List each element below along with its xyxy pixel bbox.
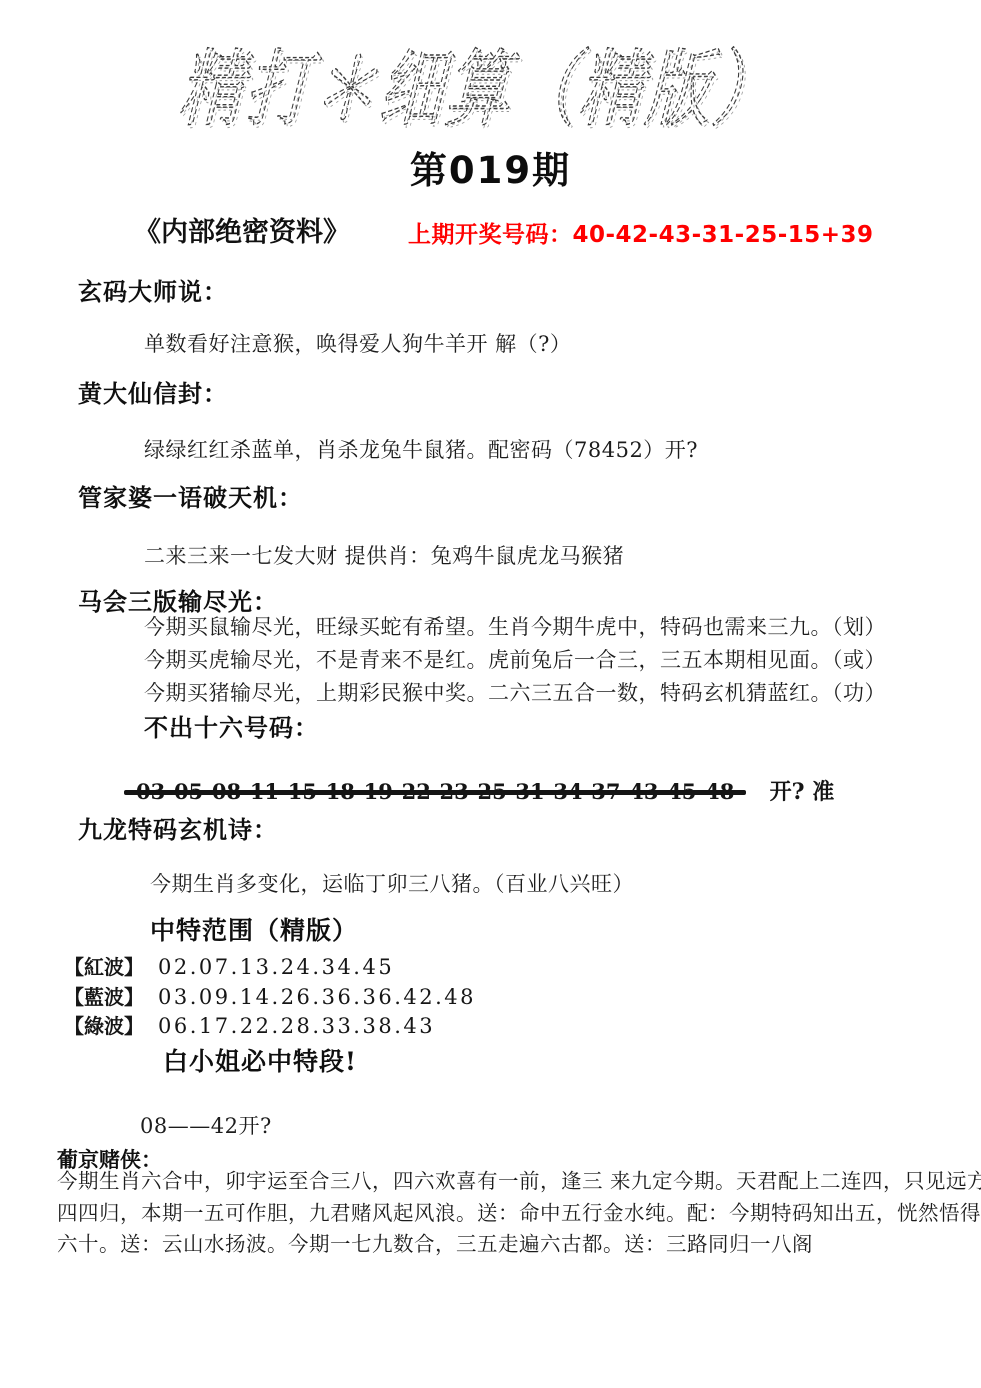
mahui-line: 今期买虎输尽光，不是青来不是红。虎前兔后一合三，三五本期相见面。（或） (144, 644, 886, 674)
wave-label-blue: 【藍波】 (64, 985, 144, 1009)
wave-label-red: 【紅波】 (64, 955, 144, 979)
wave-numbers-red: 02.07.13.24.34.45 (158, 955, 394, 979)
pujing-line: 四四归，本期一五可作胆，九君赌风起风浪。送：命中五行金水纯。配：今期特码知出五，… (57, 1198, 957, 1230)
miss-bai-line: 08——42开? (140, 1110, 272, 1140)
section-heading-huang-daxian: 黄大仙信封： (78, 374, 228, 409)
master-says-line: 单数看好注意猴，唤得爱人狗牛羊开 解（?） (144, 328, 571, 358)
guanjiapo-line: 二来三来一七发大财 提供肖：兔鸡牛鼠虎龙马猴猪 (144, 540, 624, 570)
issue-number: 第019期 (0, 140, 981, 194)
section-heading-master-says: 玄码大师说： (78, 272, 228, 307)
excluded-numbers-suffix: 开? 准 (770, 775, 835, 806)
mahui-line: 今期买鼠输尽光，旺绿买蛇有希望。生肖今期牛虎中，特码也需来三九。（划） (144, 611, 886, 641)
wave-numbers-green: 06.17.22.28.33.38.43 (158, 1014, 435, 1038)
section-heading-guanjiapo: 管家婆一语破天机： (78, 478, 303, 513)
last-draw-numbers: 上期开奖号码：40-42-43-31-25-15+39 (408, 216, 874, 249)
section-heading-sixteen-numbers: 不出十六号码： (144, 708, 319, 743)
wave-row-blue: 【藍波】03.09.14.26.36.36.42.48 (64, 981, 476, 1010)
section-heading-nine-dragon: 九龙特码玄机诗： (78, 810, 278, 845)
masthead-art-svg: 精打＊细算（精版） 精打＊细算（精版） (150, 18, 830, 148)
nine-dragon-line: 今期生肖多变化，运临丁卯三八猪。（百业八兴旺） (150, 868, 634, 898)
masthead-art: 精打＊细算（精版） 精打＊细算（精版） (150, 18, 830, 148)
section-heading-miss-bai: 白小姐必中特段! (163, 1042, 357, 1078)
wave-row-red: 【紅波】02.07.13.24.34.45 (64, 951, 394, 980)
wave-row-green: 【綠波】06.17.22.28.33.38.43 (64, 1010, 435, 1039)
excluded-numbers-row: 03-05-08-11-15-18-19-22-23-25-31-34-37-4… (128, 775, 834, 806)
wave-numbers-blue: 03.09.14.26.36.36.42.48 (158, 985, 476, 1009)
wave-label-green: 【綠波】 (64, 1014, 144, 1038)
secret-material-label: 《内部绝密资料》 (134, 210, 350, 249)
excluded-numbers-struck: 03-05-08-11-15-18-19-22-23-25-31-34-37-4… (128, 779, 742, 804)
pujing-paragraph: 今期生肖六合中，卯宇运至合三八，四六欢喜有一前，逢三 来九定今期。天君配上二连四… (57, 1166, 957, 1261)
huang-daxian-line: 绿绿红红杀蓝单，肖杀龙兔牛鼠猪。配密码（78452）开? (144, 434, 698, 464)
pujing-line: 今期生肖六合中，卯宇运至合三八，四六欢喜有一前，逢三 来九定今期。天君配上二连四… (57, 1166, 957, 1198)
special-range-title: 中特范围（精版） (150, 911, 358, 947)
mahui-line: 今期买猪输尽光，上期彩民猴中奖。二六三五合一数，特码玄机猜蓝红。（功） (144, 677, 886, 707)
masthead-art-text-echo: 精打＊细算（精版） (174, 44, 798, 141)
pujing-line: 六十。送：云山水扬波。今期一七九数合，三五走遍六古都。送：三路同归一八阁 (57, 1229, 957, 1261)
